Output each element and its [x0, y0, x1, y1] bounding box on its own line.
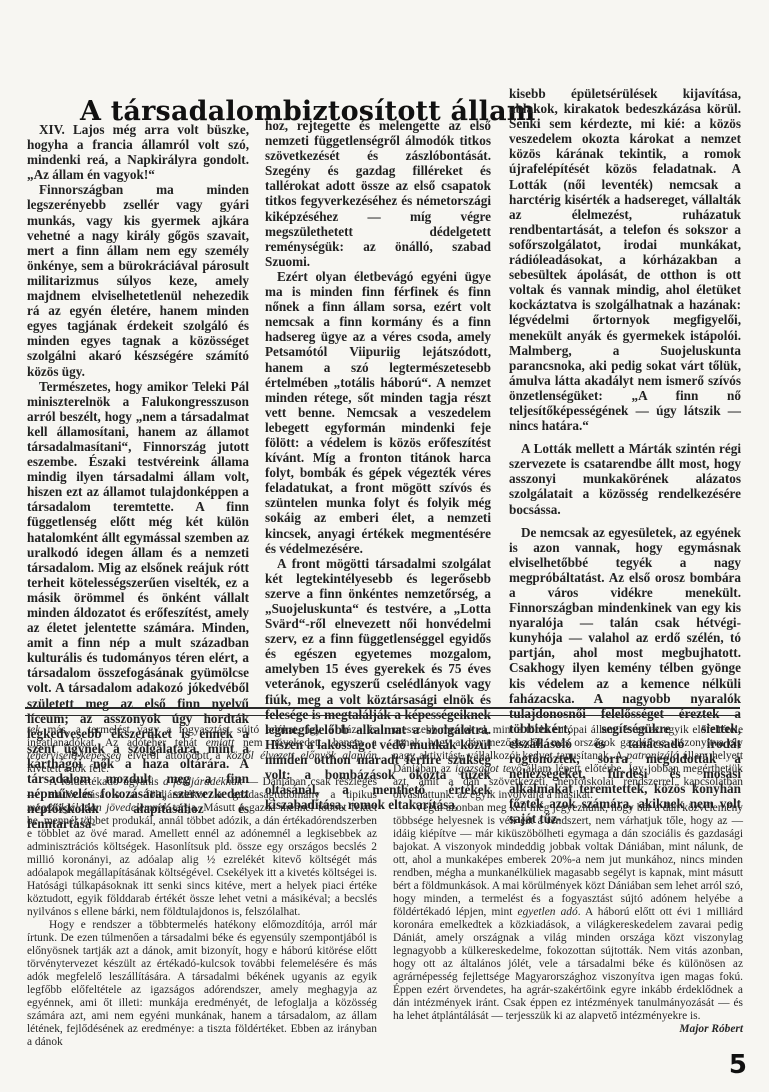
paragraph: messzebb mentek el, mint a többi európai…: [393, 724, 743, 802]
continued-column-1: tek más, a termelést vagy a fogyasztást …: [27, 724, 377, 1049]
paragraph: Ezért olyan életbevágó egyéni ügye ma is…: [265, 269, 491, 556]
section-divider: [25, 707, 740, 716]
page-number: 5: [729, 1050, 747, 1080]
magazine-page: A társadalombiztosított állam XIV. Lajos…: [0, 0, 769, 1092]
paragraph: XIV. Lajos még arra volt büszke, hogyha …: [27, 122, 249, 182]
paragraph: A földértékadó ugyanis a földjáradéknak …: [27, 776, 377, 919]
paragraph: Hogy e rendszer a többtermelés hatékony …: [27, 919, 377, 1049]
paragraph: Finnországban ma minden legszerényebb zs…: [27, 182, 249, 378]
paragraph: A Lották mellett a Márták szintén régi s…: [509, 441, 741, 516]
paragraph: kisebb épületsérülések kijavítása, ablak…: [509, 86, 741, 433]
paragraph-body: Végül azonban meg kell még jegyeznünk, h…: [393, 802, 743, 1022]
paragraph: Végül azonban meg kell még jegyeznünk, h…: [393, 802, 743, 1023]
author-signature: Major Róbert: [657, 1023, 743, 1036]
continued-column-2: messzebb mentek el, mint a többi európai…: [393, 724, 743, 1036]
paragraph: tek más, a termelést vagy a fogyasztást …: [27, 724, 377, 776]
paragraph: hoz, rejtegette és melengette az első ne…: [265, 118, 491, 269]
